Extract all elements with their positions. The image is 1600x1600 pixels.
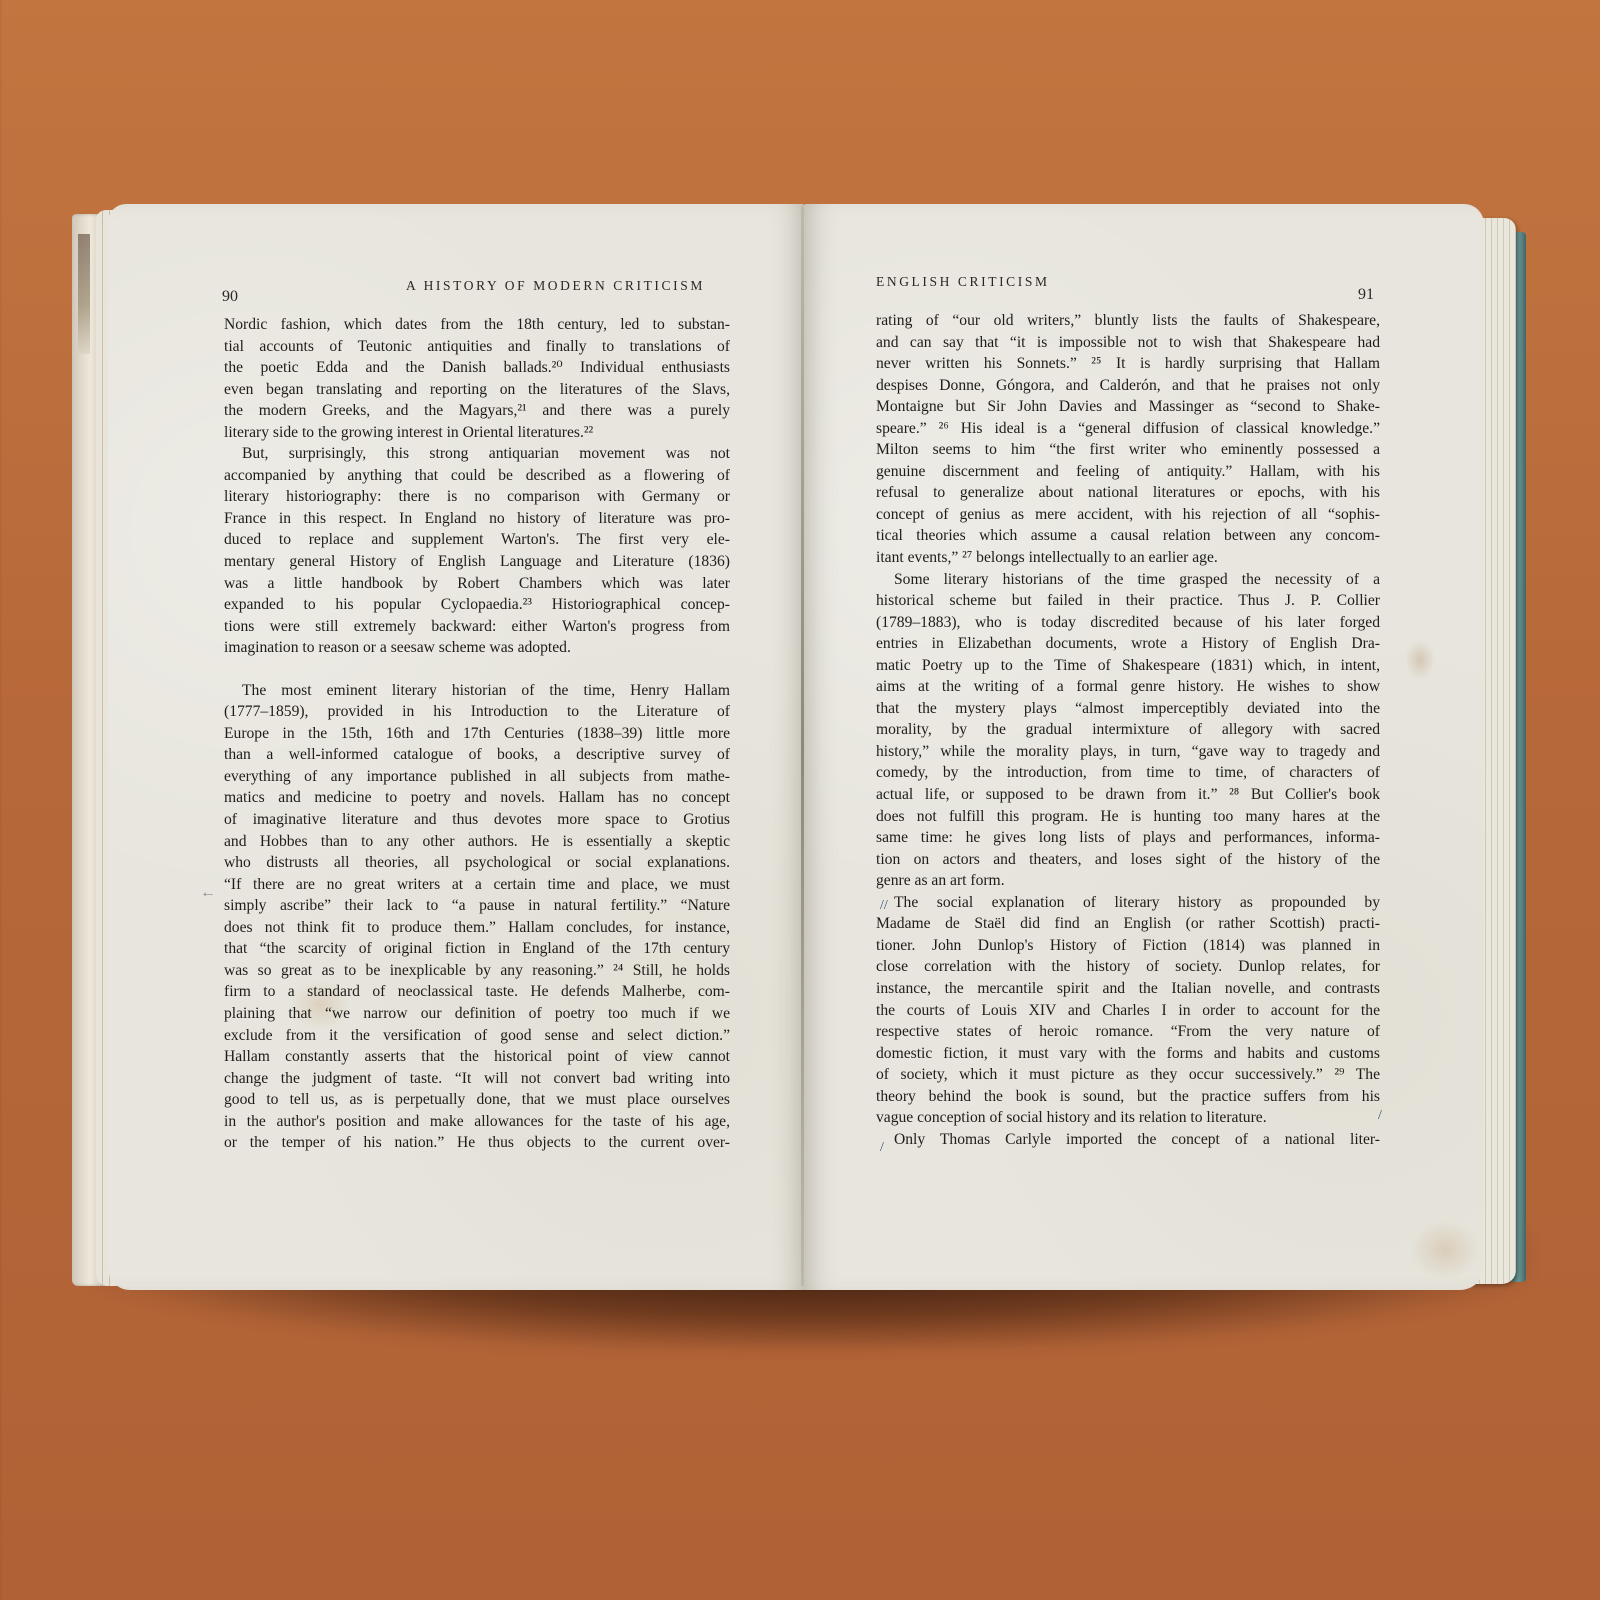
text-line: than a well-informed catalogue of books,… [224, 744, 730, 766]
text-line: history,” while the morality plays, in t… [876, 741, 1380, 763]
text-line: theory behind the book is sound, but the… [876, 1086, 1380, 1108]
paragraph: Some literary historians of the time gra… [876, 569, 1380, 892]
text-line: tioner. John Dunlop's History of Fiction… [876, 935, 1380, 957]
text-line: But, surprisingly, this strong antiquari… [224, 443, 730, 465]
text-line: Hallam constantly asserts that the histo… [224, 1046, 730, 1068]
text-line: everything of any importance published i… [224, 766, 730, 788]
text-line: “If there are no great writers at a cert… [224, 874, 730, 896]
stain [1410, 1220, 1480, 1280]
paragraph: Nordic fashion, which dates from the 18t… [224, 314, 730, 443]
text-line: duced to replace and supplement Warton's… [224, 529, 730, 551]
paragraph: rating of “our old writers,” bluntly lis… [876, 310, 1380, 569]
text-line: France in this respect. In England no hi… [224, 508, 730, 530]
text-line: The most eminent literary historian of t… [224, 680, 730, 702]
left-page-body: Nordic fashion, which dates from the 18t… [224, 314, 730, 1154]
text-line: instance, the mercantile spirit and the … [876, 978, 1380, 1000]
paragraph: But, surprisingly, this strong antiquari… [224, 443, 730, 658]
pencil-arrow-mark: ← [200, 884, 216, 902]
text-line: imagination to reason or a seesaw scheme… [224, 637, 730, 659]
text-line: even began translating and reporting on … [224, 379, 730, 401]
text-line: that “the scarcity of original fiction i… [224, 938, 730, 960]
text-line: Milton seems to him “the first writer wh… [876, 439, 1380, 461]
text-line: Nordic fashion, which dates from the 18t… [224, 314, 730, 336]
text-line: of society, which it must picture as the… [876, 1064, 1380, 1086]
text-line: who distrusts all theories, all psycholo… [224, 852, 730, 874]
text-line: does not fulfill this program. He is hun… [876, 806, 1380, 828]
running-head-right: ENGLISH CRITICISM [876, 274, 1050, 290]
text-line: accompanied by anything that could be de… [224, 465, 730, 487]
text-line: the poetic Edda and the Danish ballads.²… [224, 357, 730, 379]
dust-jacket-edge [78, 234, 90, 354]
text-line: in the author's position and make allowa… [224, 1111, 730, 1133]
text-line: firm to a standard of neoclassical taste… [224, 981, 730, 1003]
running-head-left: A HISTORY OF MODERN CRITICISM [406, 278, 705, 294]
text-line: tial accounts of Teutonic antiquities an… [224, 336, 730, 358]
text-line: tical theories which assume a causal rel… [876, 525, 1380, 547]
pencil-tick-mark: / [1378, 1108, 1382, 1124]
text-line: speare.” ²⁶ His ideal is a “general diff… [876, 418, 1380, 440]
text-line: was so great as to be inexplicable by an… [224, 960, 730, 982]
text-line: concept of genius as mere accident, with… [876, 504, 1380, 526]
text-line: genuine discernment and feeling of antiq… [876, 461, 1380, 483]
text-line: entries in Elizabethan documents, wrote … [876, 633, 1380, 655]
text-line: matic Poetry up to the Time of Shakespea… [876, 655, 1380, 677]
paragraph: The social explanation of literary histo… [876, 892, 1380, 1129]
text-line: rating of “our old writers,” bluntly lis… [876, 310, 1380, 332]
text-line: aims at the writing of a formal genre hi… [876, 676, 1380, 698]
text-line: exclude from it the versification of goo… [224, 1025, 730, 1047]
text-line: good to tell us, as is perpetually done,… [224, 1089, 730, 1111]
text-line: vague conception of social history and i… [876, 1107, 1380, 1129]
text-line: or the temper of his nation.” He thus ob… [224, 1132, 730, 1154]
text-line: never written his Sonnets.” ²⁵ It is har… [876, 353, 1380, 375]
text-line: change the judgment of taste. “It will n… [224, 1068, 730, 1090]
stain [1405, 640, 1435, 680]
text-line: Some literary historians of the time gra… [876, 569, 1380, 591]
text-line: close correlation with the history of so… [876, 956, 1380, 978]
text-line: and Hobbes than to any other authors. He… [224, 831, 730, 853]
text-line: itant events,” ²⁷ belongs intellectually… [876, 547, 1380, 569]
text-line: literary historiography: there is no com… [224, 486, 730, 508]
text-line: expanded to his popular Cyclopaedia.²³ H… [224, 594, 730, 616]
text-line: was a little handbook by Robert Chambers… [224, 573, 730, 595]
text-line: domestic fiction, it must vary with the … [876, 1043, 1380, 1065]
right-page-body: rating of “our old writers,” bluntly lis… [876, 310, 1380, 1150]
text-line: Montaigne but Sir John Davies and Massin… [876, 396, 1380, 418]
text-line: same time: he gives long lists of plays … [876, 827, 1380, 849]
text-line: morality, by the gradual intermixture of… [876, 719, 1380, 741]
text-line: literary side to the growing interest in… [224, 422, 730, 444]
text-line: comedy, by the introduction, from time t… [876, 762, 1380, 784]
text-line: of imaginative literature and thus devot… [224, 809, 730, 831]
text-line: that the mystery plays “almost impercept… [876, 698, 1380, 720]
text-line: mentary general History of English Langu… [224, 551, 730, 573]
paragraph: The most eminent literary historian of t… [224, 680, 730, 1154]
text-line: plaining that “we narrow our definition … [224, 1003, 730, 1025]
text-line: does not think fit to produce them.” Hal… [224, 917, 730, 939]
text-line: the modern Greeks, and the Magyars,²¹ an… [224, 400, 730, 422]
text-line: Europe in the 15th, 16th and 17th Centur… [224, 723, 730, 745]
text-line: the courts of Louis XIV and Charles I in… [876, 1000, 1380, 1022]
text-line: actual life, or supposed to be drawn fro… [876, 784, 1380, 806]
text-line: Madame de Staël did find an English (or … [876, 913, 1380, 935]
text-line: and can say that “it is impossible not t… [876, 332, 1380, 354]
text-line: respective states of heroic romance. “Fr… [876, 1021, 1380, 1043]
text-line: tions were still extremely backward: eit… [224, 616, 730, 638]
text-line: (1789–1883), who is today discredited be… [876, 612, 1380, 634]
text-line: historical scheme but failed in their pr… [876, 590, 1380, 612]
text-line: (1777–1859), provided in his Introductio… [224, 701, 730, 723]
text-line: genre as an art form. [876, 870, 1380, 892]
text-line: simply ascribe” their lack to “a pause i… [224, 895, 730, 917]
page-number-left: 90 [222, 288, 238, 306]
paragraph: Only Thomas Carlyle imported the concept… [876, 1129, 1380, 1151]
book-gutter [801, 206, 804, 1286]
page-number-right: 91 [1358, 286, 1374, 304]
text-line: despises Donne, Góngora, and Calderón, a… [876, 375, 1380, 397]
text-line: matics and medicine to poetry and novels… [224, 787, 730, 809]
pencil-paragraph-mark-2: / [880, 1140, 884, 1156]
text-line: tion on actors and theaters, and loses s… [876, 849, 1380, 871]
pencil-paragraph-mark: // [880, 898, 888, 914]
text-line: The social explanation of literary histo… [876, 892, 1380, 914]
text-line: Only Thomas Carlyle imported the concept… [876, 1129, 1380, 1151]
text-line: refusal to generalize about national lit… [876, 482, 1380, 504]
